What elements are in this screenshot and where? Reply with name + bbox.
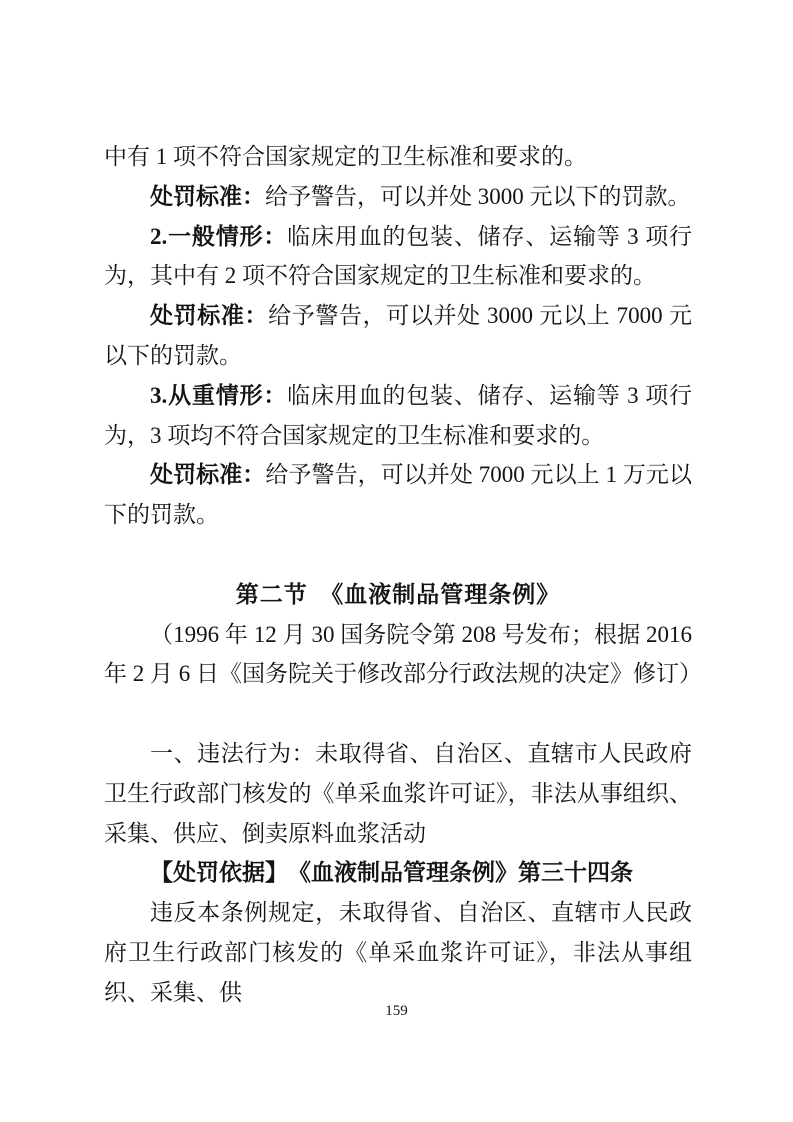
document-page: 中有 1 项不符合国家规定的卫生标准和要求的。 处罚标准：给予警告，可以并处 3… (0, 0, 793, 1122)
section-heading: 第二节 《血液制品管理条例》 (104, 575, 692, 615)
paragraph-bold-label: 【处罚依据】 《血液制品管理条例》第三十四条 (150, 860, 633, 885)
paragraph-bold-label: 2.一般情形： (150, 224, 287, 249)
paragraph-text: 违反本条例规定，未取得省、自治区、直辖市人民政府卫生行政部门核发的《单采血浆许可… (104, 900, 692, 1005)
paragraph-general-case: 2.一般情形：临床用血的包装、储存、运输等 3 项行为，其中有 2 项不符合国家… (104, 217, 692, 297)
paragraph-illegal-act: 一、违法行为：未取得省、自治区、直辖市人民政府卫生行政部门核发的《单采血浆许可证… (104, 734, 692, 853)
paragraph-decree-info: （1996 年 12 月 30 国务院令第 208 号发布；根据 2016 年 … (104, 615, 692, 695)
paragraph-text: （1996 年 12 月 30 国务院令第 208 号发布；根据 2016 年 … (104, 622, 702, 687)
page-body: 中有 1 项不符合国家规定的卫生标准和要求的。 处罚标准：给予警告，可以并处 3… (104, 137, 692, 1013)
paragraph-continuation: 中有 1 项不符合国家规定的卫生标准和要求的。 (104, 137, 692, 177)
page-number: 159 (0, 1001, 793, 1021)
paragraph-penalty-standard-1: 处罚标准：给予警告，可以并处 3000 元以下的罚款。 (104, 177, 692, 217)
paragraph-bold-label: 处罚标准： (150, 303, 268, 328)
paragraph-bold-label: 3.从重情形： (150, 383, 287, 408)
paragraph-penalty-standard-3: 处罚标准：给予警告，可以并处 7000 元以上 1 万元以下的罚款。 (104, 455, 692, 535)
paragraph-aggravated-case: 3.从重情形：临床用血的包装、储存、运输等 3 项行为，3 项均不符合国家规定的… (104, 376, 692, 456)
paragraph-text: 给予警告，可以并处 3000 元以下的罚款。 (265, 184, 691, 209)
paragraph-text: 中有 1 项不符合国家规定的卫生标准和要求的。 (104, 144, 587, 169)
paragraph-text: 一、违法行为：未取得省、自治区、直辖市人民政府卫生行政部门核发的《单采血浆许可证… (104, 741, 692, 846)
paragraph-bold-label: 处罚标准： (150, 184, 265, 209)
paragraph-penalty-basis: 【处罚依据】 《血液制品管理条例》第三十四条 (104, 853, 692, 893)
paragraph-bold-label: 处罚标准： (150, 462, 265, 487)
paragraph-penalty-standard-2: 处罚标准：给予警告，可以并处 3000 元以上 7000 元以下的罚款。 (104, 296, 692, 376)
paragraph-article-text: 违反本条例规定，未取得省、自治区、直辖市人民政府卫生行政部门核发的《单采血浆许可… (104, 893, 692, 1012)
